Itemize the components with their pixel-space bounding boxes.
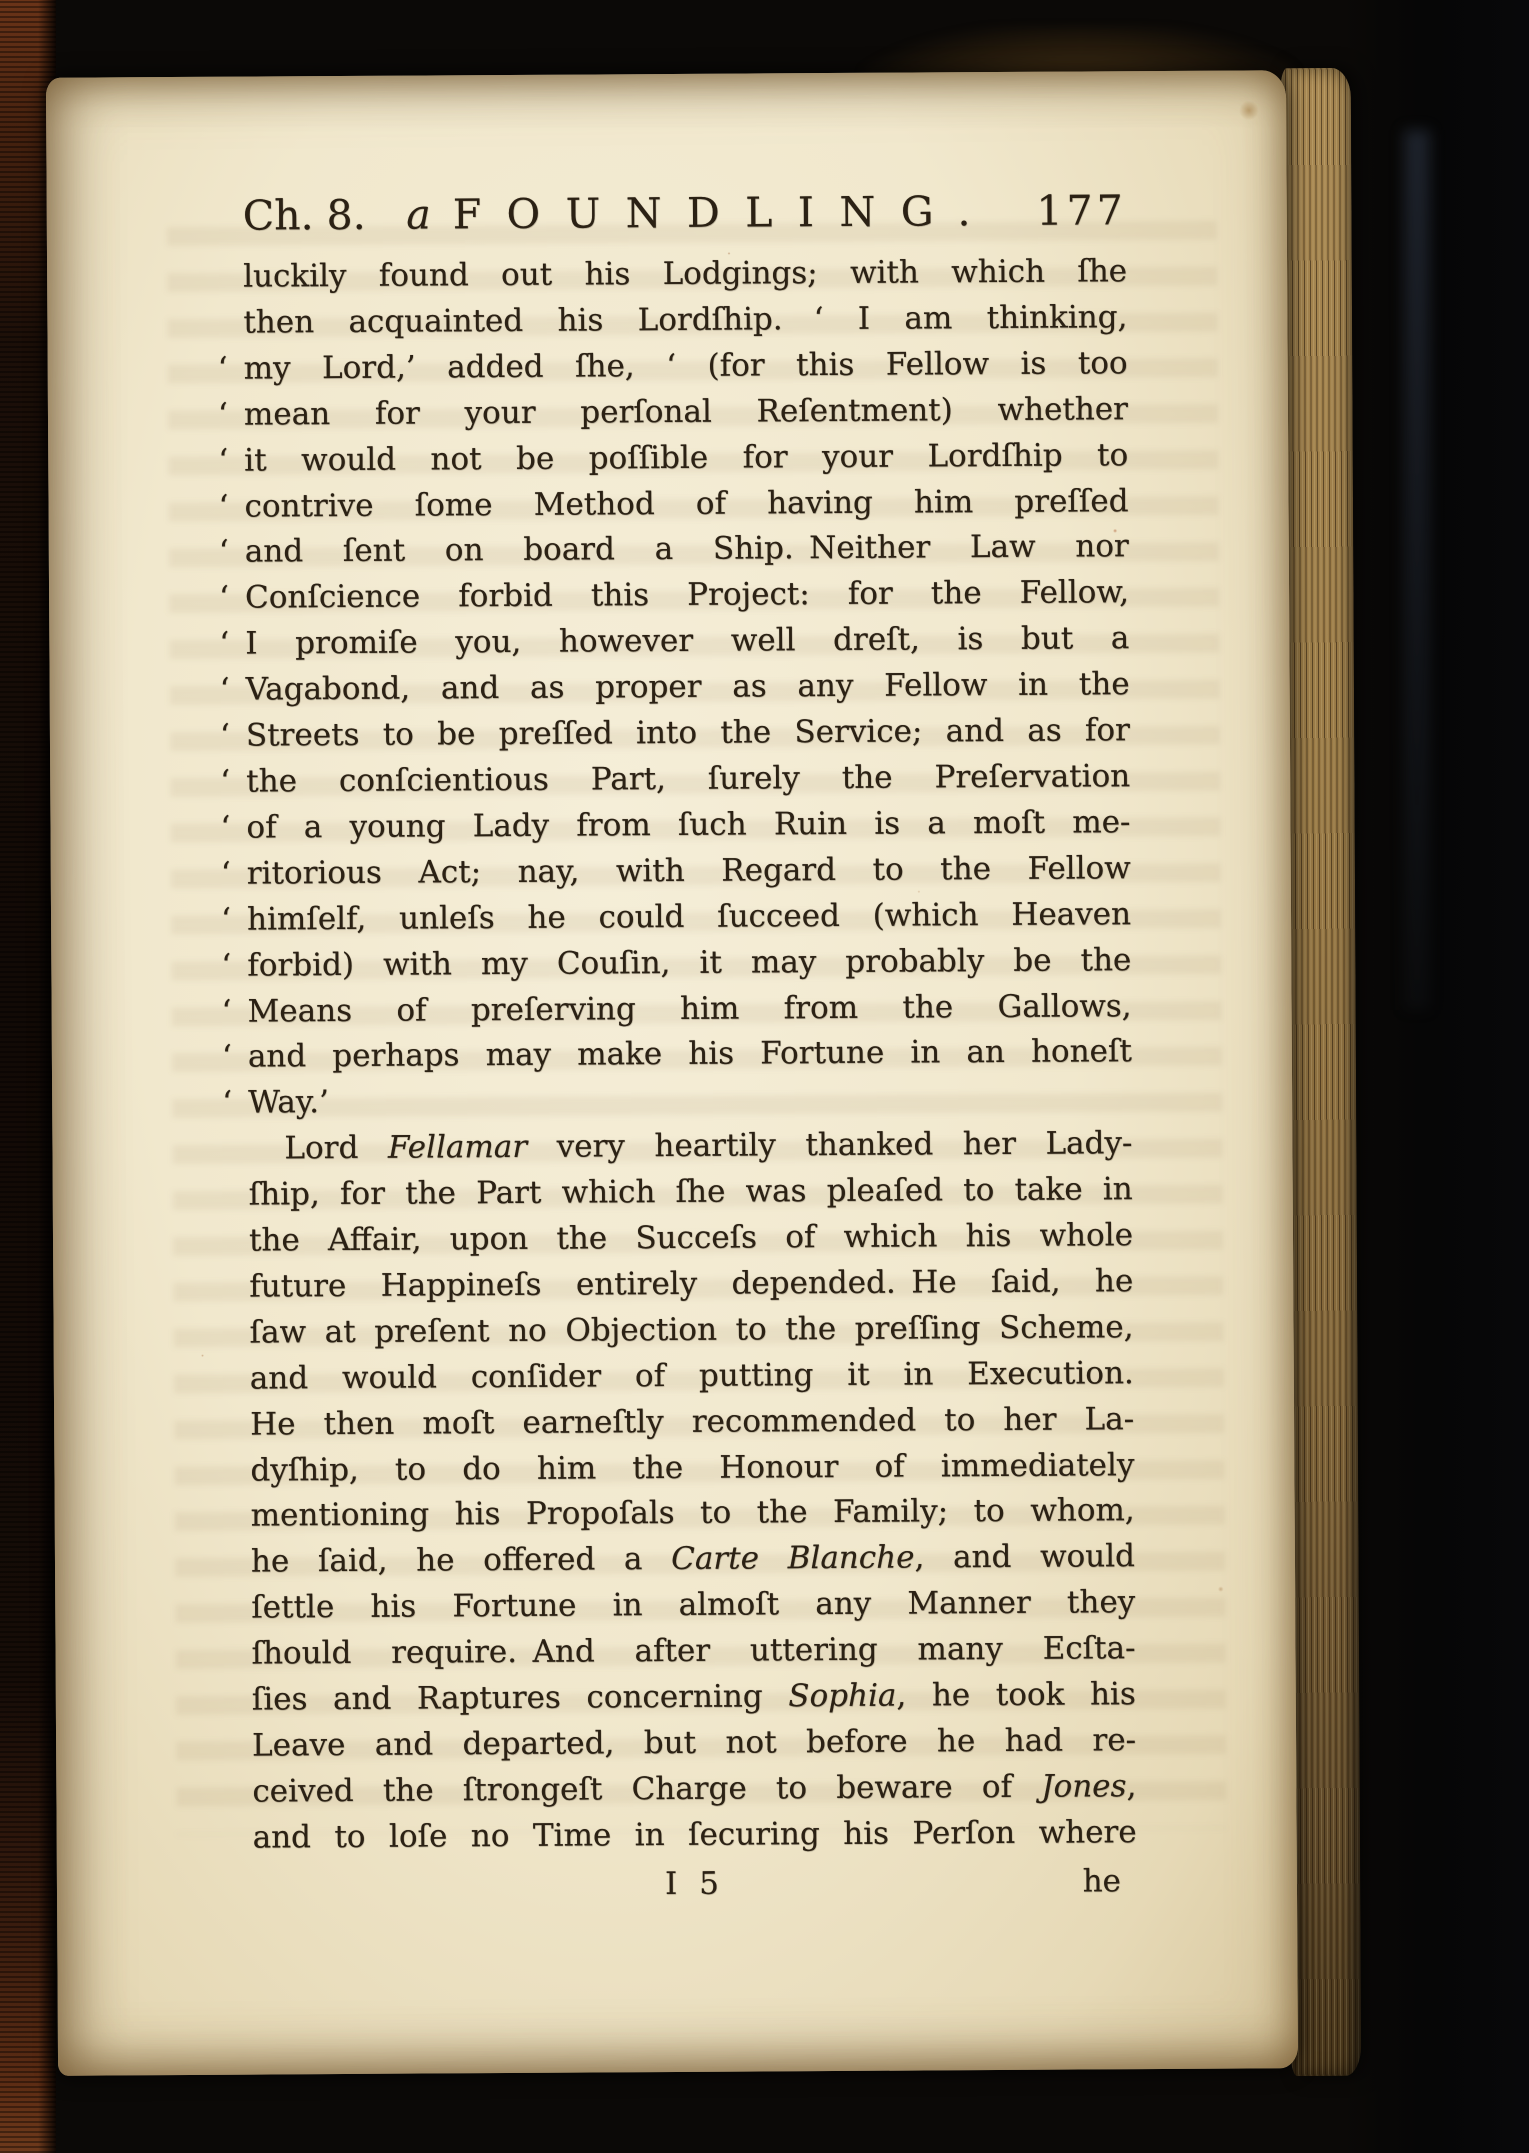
quote-mark: ‘ xyxy=(220,714,230,760)
text-line: ‘of a young Lady from ſuch Ruin is a moſ… xyxy=(246,800,1130,851)
text-line: luckily found out his Lodgings; with whi… xyxy=(243,249,1127,300)
text-line: ſhip, for the Part which ſhe was pleaſed… xyxy=(249,1167,1133,1218)
quote-mark: ‘ xyxy=(221,943,231,989)
text-line: ‘my Lord,’ added ſhe, ‘ (for this Fellow… xyxy=(244,341,1128,392)
quote-mark: ‘ xyxy=(219,530,229,576)
page-text: Ch. 8. aFOUNDLING. 177 luckily found out… xyxy=(243,187,1137,1910)
quote-mark: ‘ xyxy=(218,484,228,530)
quote-mark: ‘ xyxy=(220,760,230,806)
catchword: he xyxy=(1082,1859,1121,1905)
text-line: ‘ritorious Act; nay, with Regard to the … xyxy=(247,846,1131,897)
page-footer: I 5 he xyxy=(253,1859,1137,1910)
text-line: ‘I promiſe you, however well dreſt, is b… xyxy=(245,616,1129,667)
text-line: Lord Fellamar very heartily thanked her … xyxy=(248,1121,1132,1172)
page-number: 177 xyxy=(1036,187,1127,234)
quote-mark: ‘ xyxy=(222,1035,232,1081)
text-line: Leave and departed, but not before he ha… xyxy=(252,1718,1136,1769)
text-line: ſettle his Fortune in almoſt any Manner … xyxy=(251,1580,1135,1631)
text-line: ‘contrive ſome Method of having him preſ… xyxy=(244,479,1128,530)
text-line: ‘Means of preſerving him from the Gallow… xyxy=(247,984,1131,1035)
running-title: aFOUNDLING. xyxy=(366,188,1037,238)
text-line: and to loſe no Time in ſecuring his Perſ… xyxy=(253,1810,1137,1861)
text-line: and would conſider of putting it in Exec… xyxy=(250,1351,1134,1402)
quote-mark: ‘ xyxy=(221,989,231,1035)
quote-mark: ‘ xyxy=(222,1081,232,1127)
text-line: ‘and perhaps may make his Fortune in an … xyxy=(248,1030,1132,1081)
text-line: dyſhip, to do him the Honour of immediat… xyxy=(250,1443,1134,1494)
text-line: ‘Streets to be preſſed into the Service;… xyxy=(246,708,1130,759)
text-line: ſies and Raptures concerning Sophia, he … xyxy=(252,1672,1136,1723)
text-line: ſhould require. And after uttering many … xyxy=(251,1626,1135,1677)
quote-mark: ‘ xyxy=(218,347,228,393)
quote-mark: ‘ xyxy=(220,806,230,852)
book-page: Ch. 8. aFOUNDLING. 177 luckily found out… xyxy=(46,70,1298,2076)
body-text: luckily found out his Lodgings; with whi… xyxy=(243,249,1137,1861)
text-line: ‘and ſent on board a Ship. Neither Law n… xyxy=(245,525,1129,576)
text-line: he ſaid, he offered a Carte Blanche, and… xyxy=(251,1535,1135,1586)
quote-mark: ‘ xyxy=(221,851,231,897)
text-line: ‘mean for your perſonal Reſentment) whet… xyxy=(244,387,1128,438)
text-line: ‘himſelf, unleſs he could ſucceed (which… xyxy=(247,892,1131,943)
text-line: future Happineſs entirely depended. He ſ… xyxy=(249,1259,1133,1310)
text-line: He then moſt earneſtly recommended to he… xyxy=(250,1397,1134,1448)
paragraph: luckily found out his Lodgings; with whi… xyxy=(243,249,1132,1127)
text-line: ‘Vagabond, and as proper as any Fellow i… xyxy=(246,662,1130,713)
text-line: ſaw at preſent no Objection to the preſſ… xyxy=(249,1305,1133,1356)
quote-mark: ‘ xyxy=(218,438,228,484)
text-line: then acquainted his Lordſhip. ‘ I am thi… xyxy=(243,295,1127,346)
text-line: ‘the conſcientious Part, ſurely the Preſ… xyxy=(246,754,1130,805)
chapter-label: Ch. 8. xyxy=(243,192,366,239)
text-line: ‘forbid) with my Couſin, it may probably… xyxy=(247,938,1131,989)
quote-mark: ‘ xyxy=(218,392,228,438)
signature-mark: I 5 xyxy=(665,1861,725,1907)
text-line: ‘it would not be poſſible for your Lordſ… xyxy=(244,433,1128,484)
paragraph: Lord Fellamar very heartily thanked her … xyxy=(248,1121,1136,1861)
text-line: ceived the ſtrongeſt Charge to beware of… xyxy=(252,1764,1136,1815)
quote-mark: ‘ xyxy=(219,576,229,622)
text-line: the Affair, upon the Succeſs of which hi… xyxy=(249,1213,1133,1264)
running-header: Ch. 8. aFOUNDLING. 177 xyxy=(243,187,1127,238)
quote-mark: ‘ xyxy=(220,668,230,714)
book-photo: Ch. 8. aFOUNDLING. 177 luckily found out… xyxy=(0,0,1529,2153)
quote-mark: ‘ xyxy=(221,897,231,943)
text-line: ‘Conſcience forbid this Project: for the… xyxy=(245,571,1129,622)
text-line: ‘Way.’ xyxy=(248,1076,1132,1127)
book-cover-right xyxy=(1344,0,1529,2153)
title-caps: FOUNDLING. xyxy=(453,187,996,238)
title-article: a xyxy=(406,190,431,238)
quote-mark: ‘ xyxy=(219,622,229,668)
text-line: mentioning his Propoſals to the Family; … xyxy=(251,1489,1135,1540)
